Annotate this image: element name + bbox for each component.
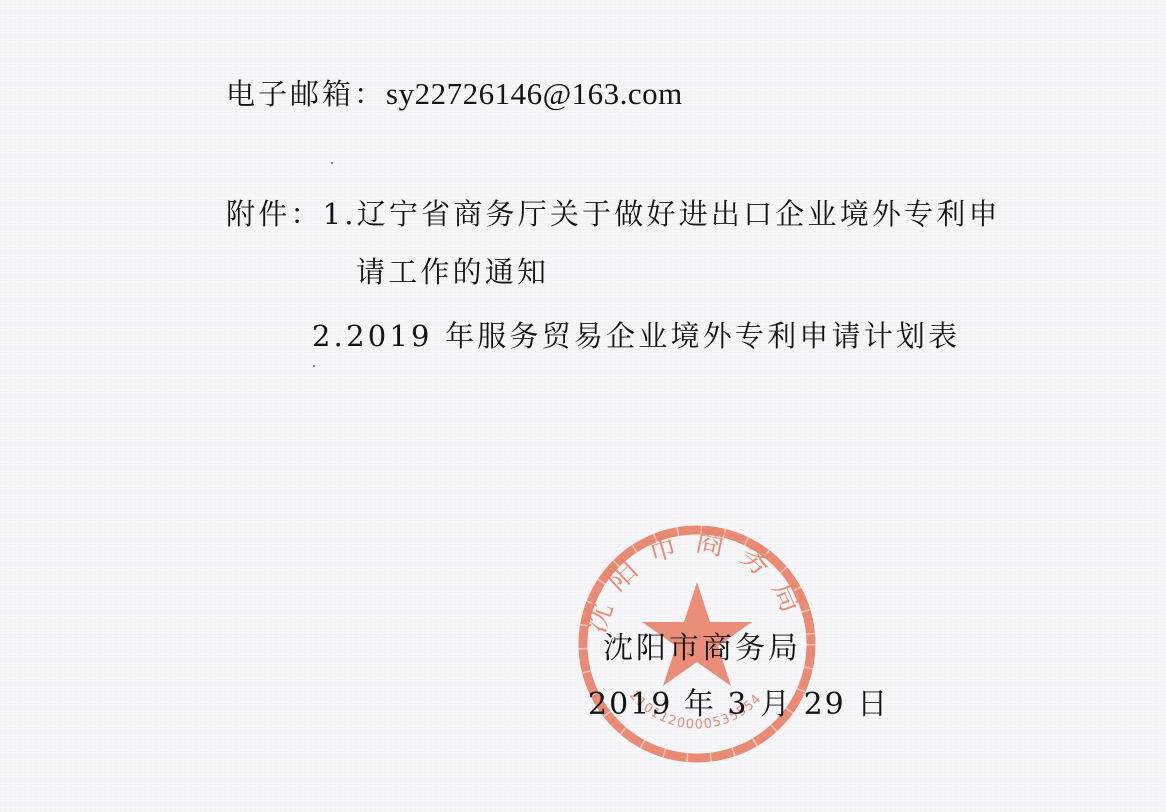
attachment-item-1-continued: 请工作的通知 [356, 258, 549, 287]
email-line: 电子邮箱：sy22726146@163.com [226, 78, 683, 109]
attachment-item-1: 附件：1.辽宁省商务厅关于做好进出口企业境外专利申 [226, 200, 1001, 229]
signature-date: 2019 年 3 月 29 日 [588, 690, 889, 720]
email-value: sy22726146@163.com [386, 76, 683, 111]
attachment-1-title-line2: 请工作的通知 [356, 255, 549, 289]
attachment-item-2: 2.2019 年服务贸易企业境外专利申请计划表 [312, 322, 960, 351]
attachment-1-title-line1: 辽宁省商务厅关于做好进出口企业境外专利申 [357, 197, 1001, 231]
attachment-1-number: 1. [323, 197, 357, 231]
attachment-2-number: 2. [312, 319, 346, 353]
email-label: 电子邮箱： [226, 77, 386, 111]
attachment-2-title: 2019 年服务贸易企业境外专利申请计划表 [346, 319, 960, 353]
scan-speck [313, 365, 315, 367]
attachments-label: 附件： [226, 197, 323, 231]
scan-speck [331, 162, 333, 164]
signature-organization: 沈阳市商务局 [603, 634, 801, 664]
